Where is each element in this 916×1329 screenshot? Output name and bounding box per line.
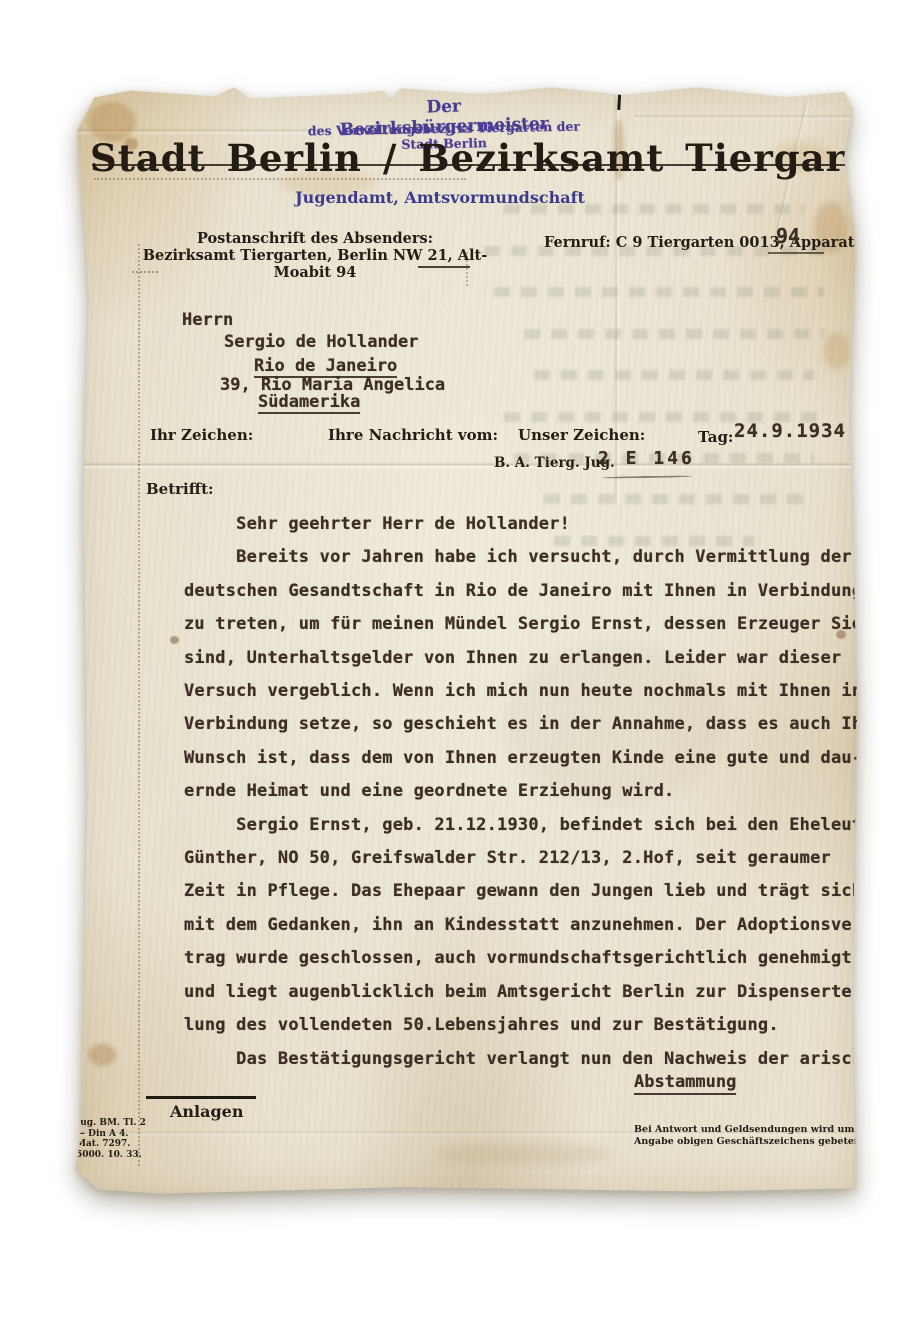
- print-code-line: 5000. 10. 33.: [76, 1150, 148, 1161]
- subject-label: Betrifft:: [146, 480, 214, 498]
- body-line: zu treten, um für meinen Mündel Sergio E…: [184, 608, 860, 641]
- body-line: lung des vollendeten 50.Lebensjahres und…: [184, 1009, 860, 1042]
- phone-label: Fernruf: C 9 Tiergarten 0013, Apparat: [544, 234, 854, 251]
- print-code-line: Mat. 7297.: [76, 1139, 148, 1150]
- body-line: deutschen Gesandtschaft in Rio de Janeir…: [184, 575, 860, 608]
- bleedthrough-text: [534, 370, 814, 380]
- letter-body: Sehr geehrter Herr de Hollander! Bereits…: [184, 508, 860, 1076]
- sender-address: Bezirksamt Tiergarten, Berlin NW 21, Alt…: [130, 247, 500, 281]
- enclosures-rule: [146, 1096, 256, 1099]
- body-line: ernde Heimat und eine geordnete Erziehun…: [184, 775, 860, 808]
- bleedthrough-text: [544, 494, 804, 504]
- bleedthrough-text: [494, 287, 824, 297]
- scanned-letter-photo: Der Bezirksbürgermeister des Verwaltungs…: [0, 0, 916, 1329]
- paper-stain: [824, 332, 850, 370]
- body-line: Das Bestätigungsgericht verlangt nun den…: [184, 1043, 860, 1076]
- body-line: Günther, NO 50, Greifswalder Str. 212/13…: [184, 842, 860, 875]
- our-ref-label: Unser Zeichen:: [518, 426, 645, 444]
- margin-dotted-line: [138, 244, 140, 1166]
- sender-underline: [418, 266, 470, 268]
- body-line: und liegt augenblicklich beim Amtsgerich…: [184, 976, 860, 1009]
- your-message-label: Ihre Nachricht vom:: [328, 426, 498, 444]
- reply-note-line1: Bei Antwort und Geldsendungen wird um: [634, 1124, 874, 1136]
- our-ref-number: 2 E 146: [598, 448, 695, 469]
- paper-stain: [170, 636, 179, 644]
- print-code-line: — Din A 4.: [76, 1129, 148, 1140]
- recipient-continent: Südamerika: [258, 392, 360, 414]
- letter-paper: Der Bezirksbürgermeister des Verwaltungs…: [74, 84, 858, 1196]
- recipient-salutation: Herrn: [182, 310, 233, 330]
- body-line: trag wurde geschlossen, auch vormundscha…: [184, 942, 860, 975]
- body-line: Sergio Ernst, geb. 21.12.1930, befindet …: [184, 809, 860, 842]
- recipient-name: Sergio de Hollander: [224, 332, 418, 352]
- reply-note-line2: Angabe obigen Geschäftszeichens gebeten.: [634, 1136, 874, 1148]
- body-line: Versuch vergeblich. Wenn ich mich nun he…: [184, 675, 860, 708]
- paper-stain: [88, 1044, 116, 1066]
- body-line: Wunsch ist, dass dem von Ihnen erzeugten…: [184, 742, 860, 775]
- bleedthrough-text: [524, 329, 824, 339]
- our-ref-underline: [602, 475, 692, 479]
- body-line: sind, Unterhaltsgelder von Ihnen zu erla…: [184, 642, 860, 675]
- pen-mark: [617, 82, 621, 110]
- your-ref-label: Ihr Zeichen:: [150, 426, 253, 444]
- our-ref-prefix: B. A. Tierg. Jug.: [494, 455, 615, 471]
- phone-extension-underline: [768, 252, 824, 254]
- strikethrough-line: [92, 164, 860, 166]
- body-line: Sehr geehrter Herr de Hollander!: [184, 508, 860, 541]
- dotted-rule: [94, 178, 466, 180]
- body-line: Zeit in Pflege. Das Ehepaar gewann den J…: [184, 875, 860, 908]
- print-code-line: Jug. BM. Tl. 2: [76, 1118, 148, 1129]
- letterhead-title: Stadt Berlin / Bezirksamt Tiergarten: [90, 136, 846, 180]
- sender-label: Postanschrift des Absenders:: [150, 230, 480, 247]
- body-line: Verbindung setze, so geschieht es in der…: [184, 708, 860, 741]
- paper-shadow-wrapper: Der Bezirksbürgermeister des Verwaltungs…: [0, 0, 916, 1329]
- phone-extension: 94: [776, 224, 800, 248]
- paper-stain: [434, 1144, 614, 1164]
- fold-crease: [634, 114, 858, 121]
- dotted-rule: [132, 271, 158, 273]
- department-line: Jugendamt, Amtsvormundschaft: [280, 188, 600, 207]
- enclosures-label: Anlagen: [170, 1102, 244, 1121]
- body-line: Bereits vor Jahren habe ich versucht, du…: [184, 541, 860, 574]
- date-label: Tag:: [698, 428, 733, 446]
- fold-crease: [74, 128, 324, 135]
- fold-crease: [74, 462, 858, 469]
- body-line: mit dem Gedanken, ihn an Kindesstatt anz…: [184, 909, 860, 942]
- date-value: 24.9.1934: [734, 420, 846, 442]
- print-code: Jug. BM. Tl. 2 — Din A 4. Mat. 7297. 500…: [76, 1118, 148, 1160]
- final-word-underlined: Abstammung: [634, 1072, 736, 1095]
